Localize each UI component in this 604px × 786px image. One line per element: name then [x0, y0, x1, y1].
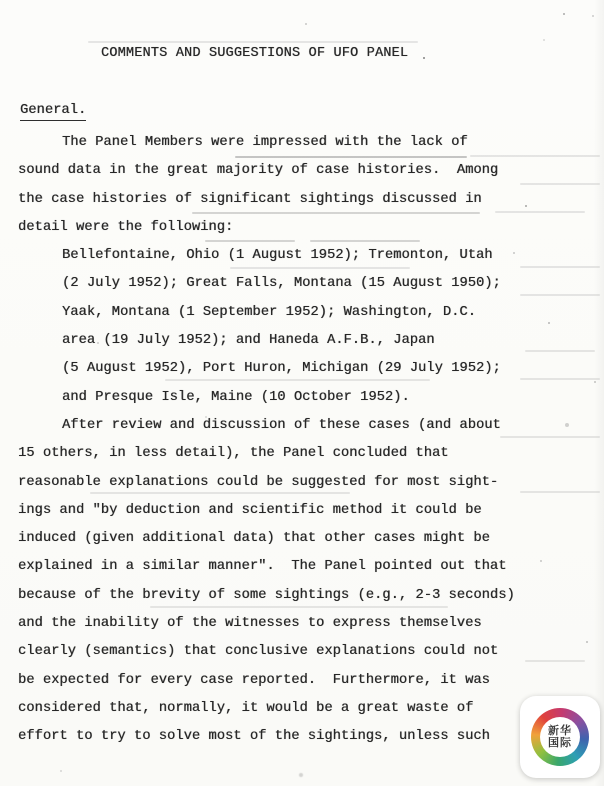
scan-artifact — [90, 492, 350, 494]
scan-artifact — [235, 156, 467, 158]
body-line: (2 July 1952); Great Falls, Montana (15 … — [18, 270, 598, 298]
scan-artifact — [165, 379, 430, 381]
scan-artifact — [520, 266, 600, 268]
body-line: 15 others, in less detail), the Panel co… — [18, 440, 598, 468]
body-line: ings and "by deduction and scientific me… — [18, 497, 598, 525]
body-line: explained in a similar manner". The Pane… — [18, 553, 598, 581]
scan-artifact — [88, 41, 418, 43]
body-line: and the inability of the witnesses to ex… — [18, 610, 598, 638]
scan-artifact — [525, 660, 585, 662]
section-heading-general: General. — [20, 103, 86, 121]
body-line: and Presque Isle, Maine (10 October 1952… — [18, 384, 598, 412]
scan-artifact — [495, 211, 585, 213]
scan-artifact — [520, 491, 600, 493]
body-line: clearly (semantics) that conclusive expl… — [18, 638, 598, 666]
xinhua-international-logo: 新华 国际 — [520, 696, 600, 778]
body-line: sound data in the great majority of case… — [18, 157, 598, 185]
scan-artifact — [470, 155, 600, 157]
scan-artifact — [525, 350, 595, 352]
body-line: induced (given additional data) that oth… — [18, 525, 598, 553]
document-title: COMMENTS AND SUGGESTIONS OF UFO PANEL — [101, 46, 408, 61]
body-line: Yaak, Montana (1 September 1952); Washin… — [18, 299, 598, 327]
body-line: effort to try to solve most of the sight… — [18, 723, 598, 751]
document-body: The Panel Members were impressed with th… — [18, 129, 598, 752]
body-line: area (19 July 1952); and Haneda A.F.B., … — [18, 327, 598, 355]
scan-artifact — [310, 240, 420, 242]
body-line: detail were the following: — [18, 214, 598, 242]
body-line: considered that, normally, it would be a… — [18, 695, 598, 723]
scan-artifact — [150, 606, 448, 608]
body-line: be expected for every case reported. Fur… — [18, 667, 598, 695]
body-line: The Panel Members were impressed with th… — [18, 129, 598, 157]
logo-text: 新华 国际 — [520, 696, 600, 778]
scan-artifact — [205, 240, 295, 242]
scan-artifact — [192, 212, 480, 214]
scan-artifact — [520, 294, 600, 296]
scanned-document-page: COMMENTS AND SUGGESTIONS OF UFO PANEL Ge… — [0, 0, 604, 786]
scan-artifact — [520, 378, 600, 380]
scan-artifact — [230, 267, 410, 269]
scan-artifact — [520, 183, 600, 185]
logo-text-bottom: 国际 — [548, 737, 572, 749]
body-line: the case histories of significant sighti… — [18, 186, 598, 214]
scan-specks — [0, 0, 2, 2]
scan-artifact — [500, 436, 600, 438]
